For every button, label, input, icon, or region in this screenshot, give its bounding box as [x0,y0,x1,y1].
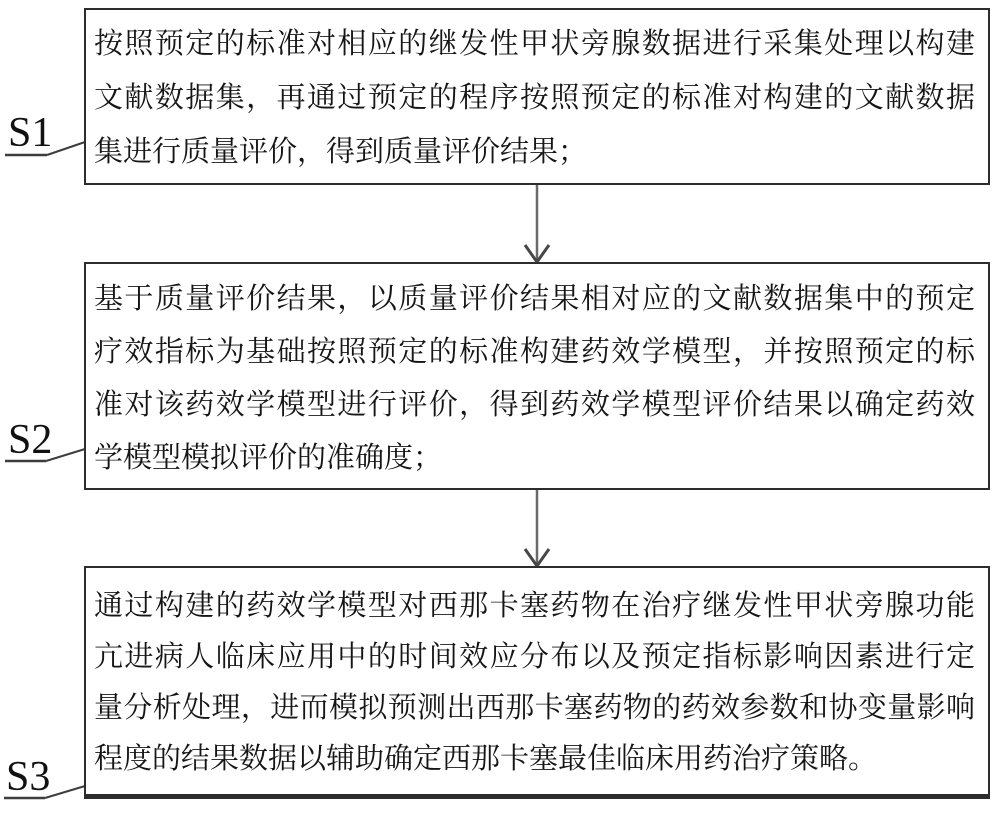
arrow-s2-to-s3 [525,490,549,566]
step-text-line: 程度的结果数据以辅助确定西那卡塞最佳临床用药治疗策略。 [94,734,975,785]
step-label-s1: S1 [8,112,52,154]
step-text-line: 准对该药效学模型进行评价，得到药效学模型评价结果以确定药效 [94,379,975,432]
step-text-line: 亢进病人临床应用中的时间效应分布以及预定指标影响因素进行定 [94,632,975,683]
arrowhead-down-icon [525,549,549,566]
step-text-s2: 基于质量评价结果，以质量评价结果相对应的文献数据集中的预定 疗效指标为基础按照预… [86,264,988,485]
step-text-line: 学模型模拟评价的准确度； [94,432,975,485]
step-label-s2: S2 [8,419,52,461]
step-label-s3: S3 [6,756,50,798]
flowchart: S1 S2 S3 按照预定的标准对相应的继发性甲状旁腺数据进行采集处理以构建 文… [0,0,1000,814]
step-box-s3: 通过构建的药效学模型对西那卡塞药物在治疗继发性甲状旁腺功能 亢进病人临床应用中的… [84,566,990,799]
arrowhead-down-icon [525,245,549,262]
arrow-s1-to-s2 [525,185,549,262]
step-text-line: 通过构建的药效学模型对西那卡塞药物在治疗继发性甲状旁腺功能 [94,581,975,632]
step-text-line: 基于质量评价结果，以质量评价结果相对应的文献数据集中的预定 [94,273,975,326]
step-box-s2: 基于质量评价结果，以质量评价结果相对应的文献数据集中的预定 疗效指标为基础按照预… [84,262,990,490]
step-text-line: 集进行质量评价，得到质量评价结果； [94,125,975,179]
step-text-line: 文献数据集，再通过预定的程序按照预定的标准对构建的文献数据 [94,71,975,125]
step-text-s1: 按照预定的标准对相应的继发性甲状旁腺数据进行采集处理以构建 文献数据集，再通过预… [86,10,988,179]
step-text-s3: 通过构建的药效学模型对西那卡塞药物在治疗继发性甲状旁腺功能 亢进病人临床应用中的… [86,568,988,785]
step-text-line: 按照预定的标准对相应的继发性甲状旁腺数据进行采集处理以构建 [94,17,975,71]
step-box-s1: 按照预定的标准对相应的继发性甲状旁腺数据进行采集处理以构建 文献数据集，再通过预… [84,8,990,185]
step-text-line: 量分析处理，进而模拟预测出西那卡塞药物的药效参数和协变量影响 [94,683,975,734]
step-text-line: 疗效指标为基础按照预定的标准构建药效学模型，并按照预定的标 [94,326,975,379]
